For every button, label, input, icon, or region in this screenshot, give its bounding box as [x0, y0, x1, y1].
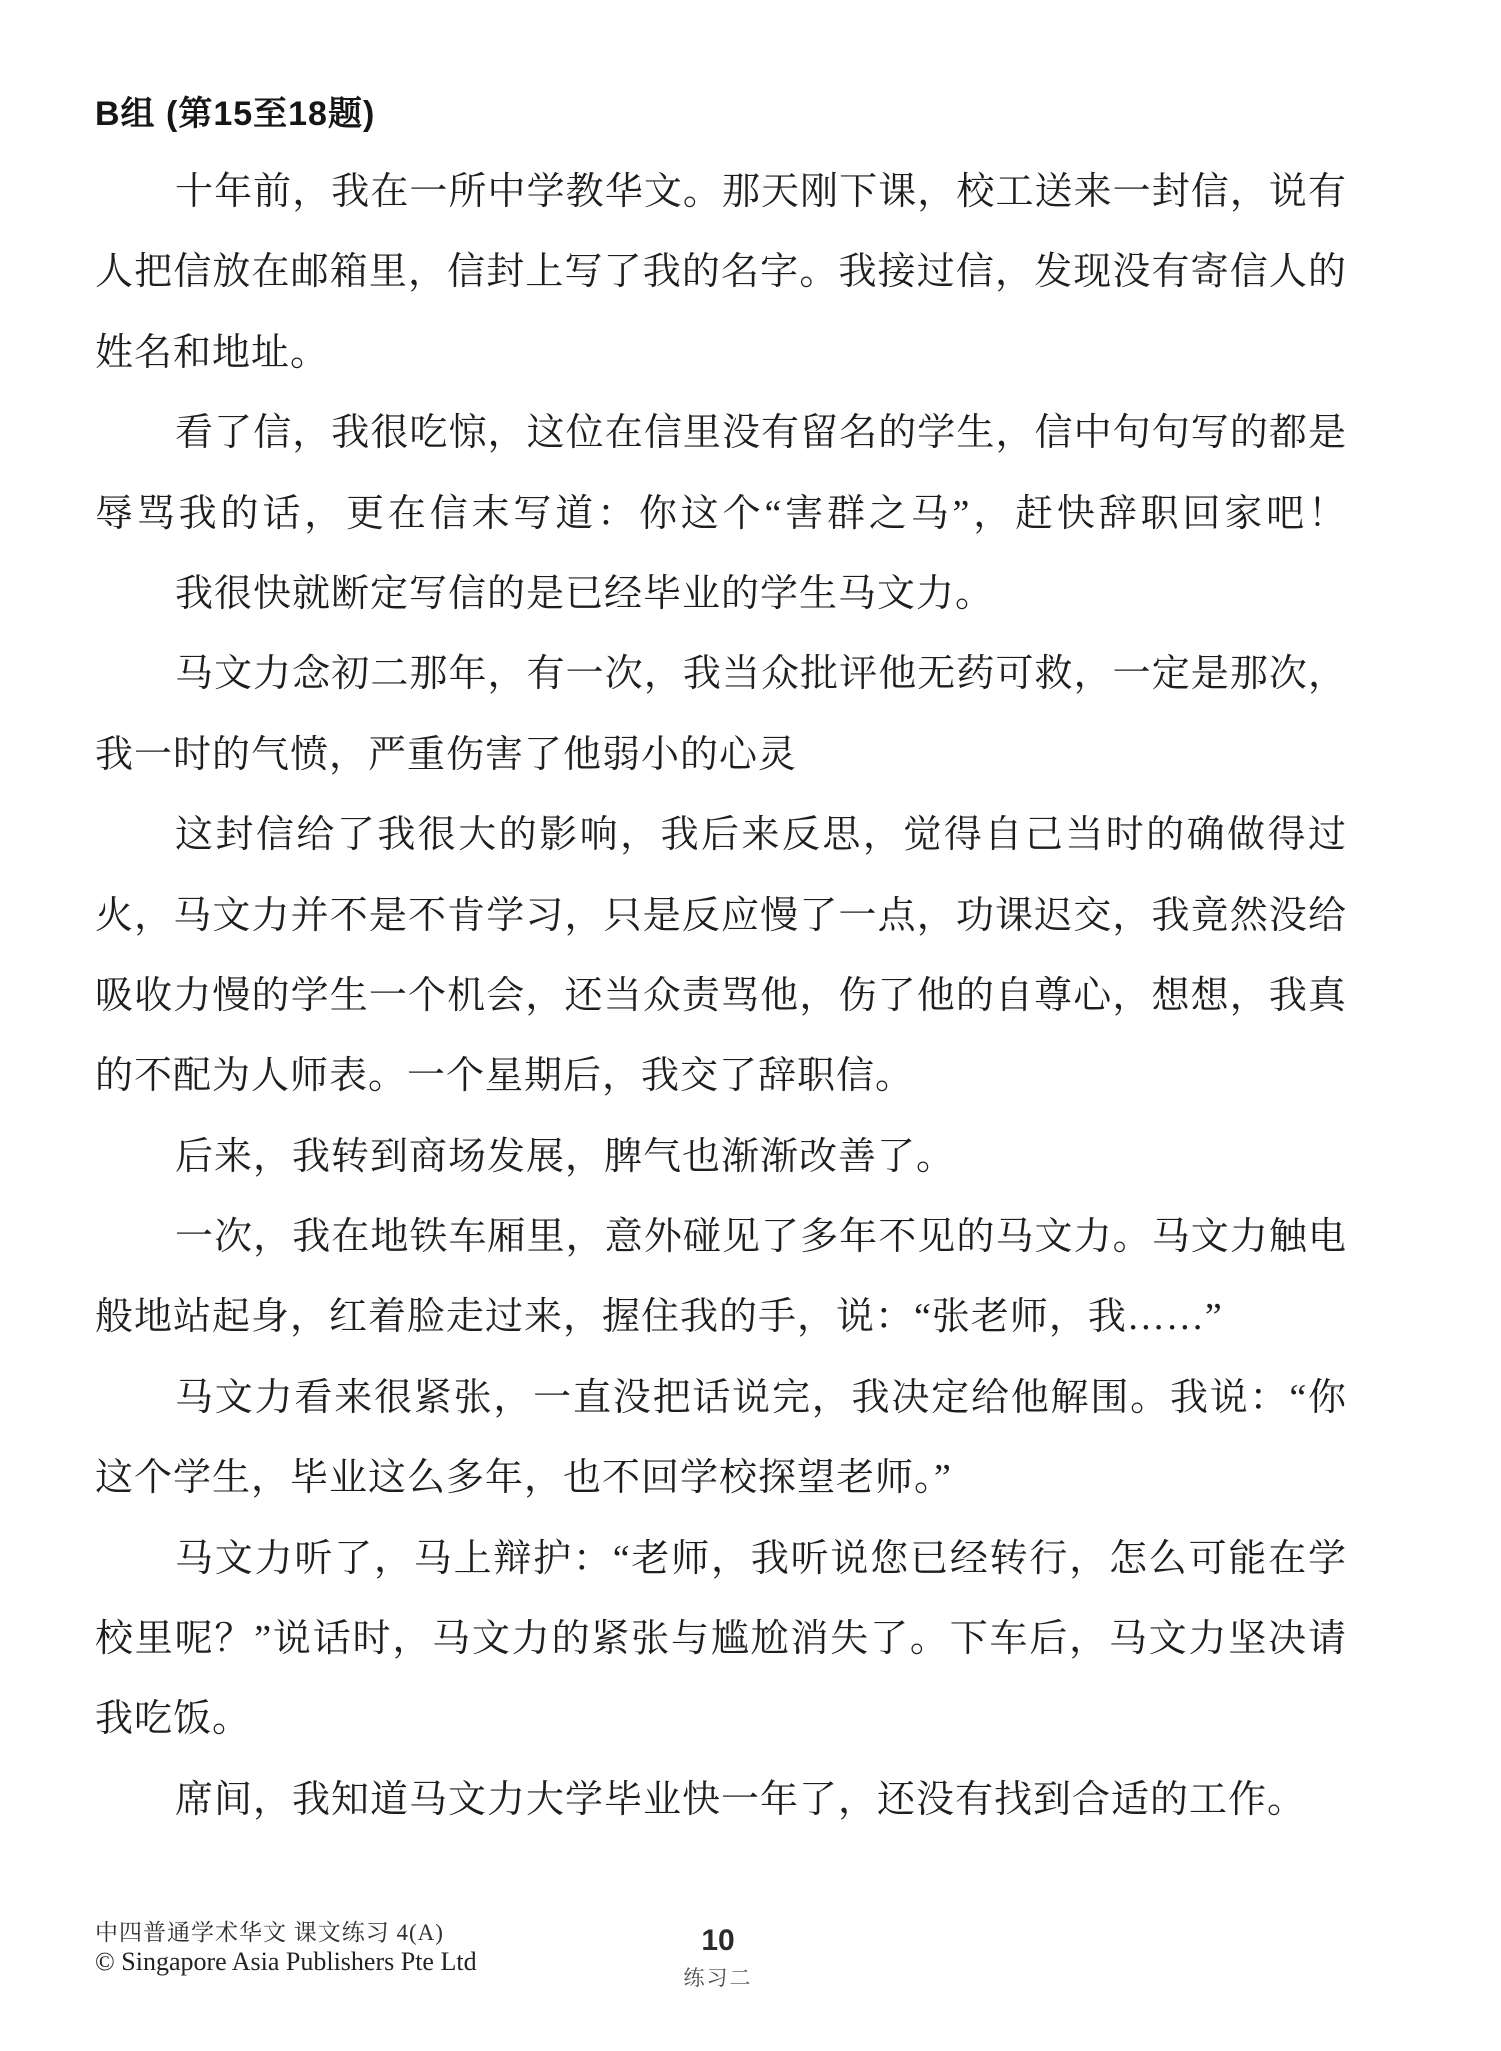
reading-passage: 十年前，我在一所中学教华文。那天刚下课，校工送来一封信，说有 人把信放在邮箱里，…	[95, 152, 1347, 1840]
passage-line: 马文力念初二那年，有一次，我当众批评他无药可救，一定是那次，	[95, 634, 1347, 714]
passage-line: 辱骂我的话，更在信末写道：你这个“害群之马”，赶快辞职回家吧！	[95, 474, 1347, 554]
passage-line: 马文力看来很紧张，一直没把话说完，我决定给他解围。我说：“你	[95, 1358, 1347, 1438]
passage-line: 席间，我知道马文力大学毕业快一年了，还没有找到合适的工作。	[95, 1760, 1347, 1840]
passage-line: 这封信给了我很大的影响，我后来反思，觉得自己当时的确做得过	[95, 795, 1347, 875]
passage-line: 火，马文力并不是不肯学习，只是反应慢了一点，功课迟交，我竟然没给	[95, 876, 1347, 956]
section-header: B组 (第15至18题)	[95, 86, 375, 135]
copyright-notice: © Singapore Asia Publishers Pte Ltd	[95, 1948, 477, 1977]
page-number: 10	[638, 1926, 798, 1956]
passage-line: 姓名和地址。	[95, 313, 1347, 393]
passage-line: 这个学生，毕业这么多年，也不回学校探望老师。”	[95, 1438, 1347, 1518]
passage-line: 十年前，我在一所中学教华文。那天刚下课，校工送来一封信，说有	[95, 152, 1347, 232]
passage-line: 我吃饭。	[95, 1679, 1347, 1759]
passage-line: 人把信放在邮箱里，信封上写了我的名字。我接过信，发现没有寄信人的	[95, 232, 1347, 312]
passage-line: 的不配为人师表。一个星期后，我交了辞职信。	[95, 1036, 1347, 1116]
passage-line: 后来，我转到商场发展，脾气也渐渐改善了。	[95, 1117, 1347, 1197]
passage-line: 马文力听了，马上辩护：“老师，我听说您已经转行，怎么可能在学	[95, 1519, 1347, 1599]
passage-line: 看了信，我很吃惊，这位在信里没有留名的学生，信中句句写的都是	[95, 393, 1347, 473]
series-title: 中四普通学术华文 课文练习 4(A)	[95, 1920, 477, 1945]
passage-line: 校里呢？”说话时，马文力的紧张与尴尬消失了。下车后，马文力坚决请	[95, 1599, 1347, 1679]
passage-line: 我很快就断定写信的是已经毕业的学生马文力。	[95, 554, 1347, 634]
footer-page-block: 10 练习二	[638, 1926, 798, 1992]
passage-line: 我一时的气愤，严重伤害了他弱小的心灵	[95, 715, 1347, 795]
textbook-page: B组 (第15至18题) 十年前，我在一所中学教华文。那天刚下课，校工送来一封信…	[0, 0, 1501, 2051]
passage-line: 一次，我在地铁车厢里，意外碰见了多年不见的马文力。马文力触电	[95, 1197, 1347, 1277]
footer-imprint: 中四普通学术华文 课文练习 4(A) © Singapore Asia Publ…	[95, 1920, 477, 1977]
passage-line: 般地站起身，红着脸走过来，握住我的手，说：“张老师，我……”	[95, 1277, 1347, 1357]
exercise-label: 练习二	[638, 1962, 798, 1992]
passage-line: 吸收力慢的学生一个机会，还当众责骂他，伤了他的自尊心，想想，我真	[95, 956, 1347, 1036]
